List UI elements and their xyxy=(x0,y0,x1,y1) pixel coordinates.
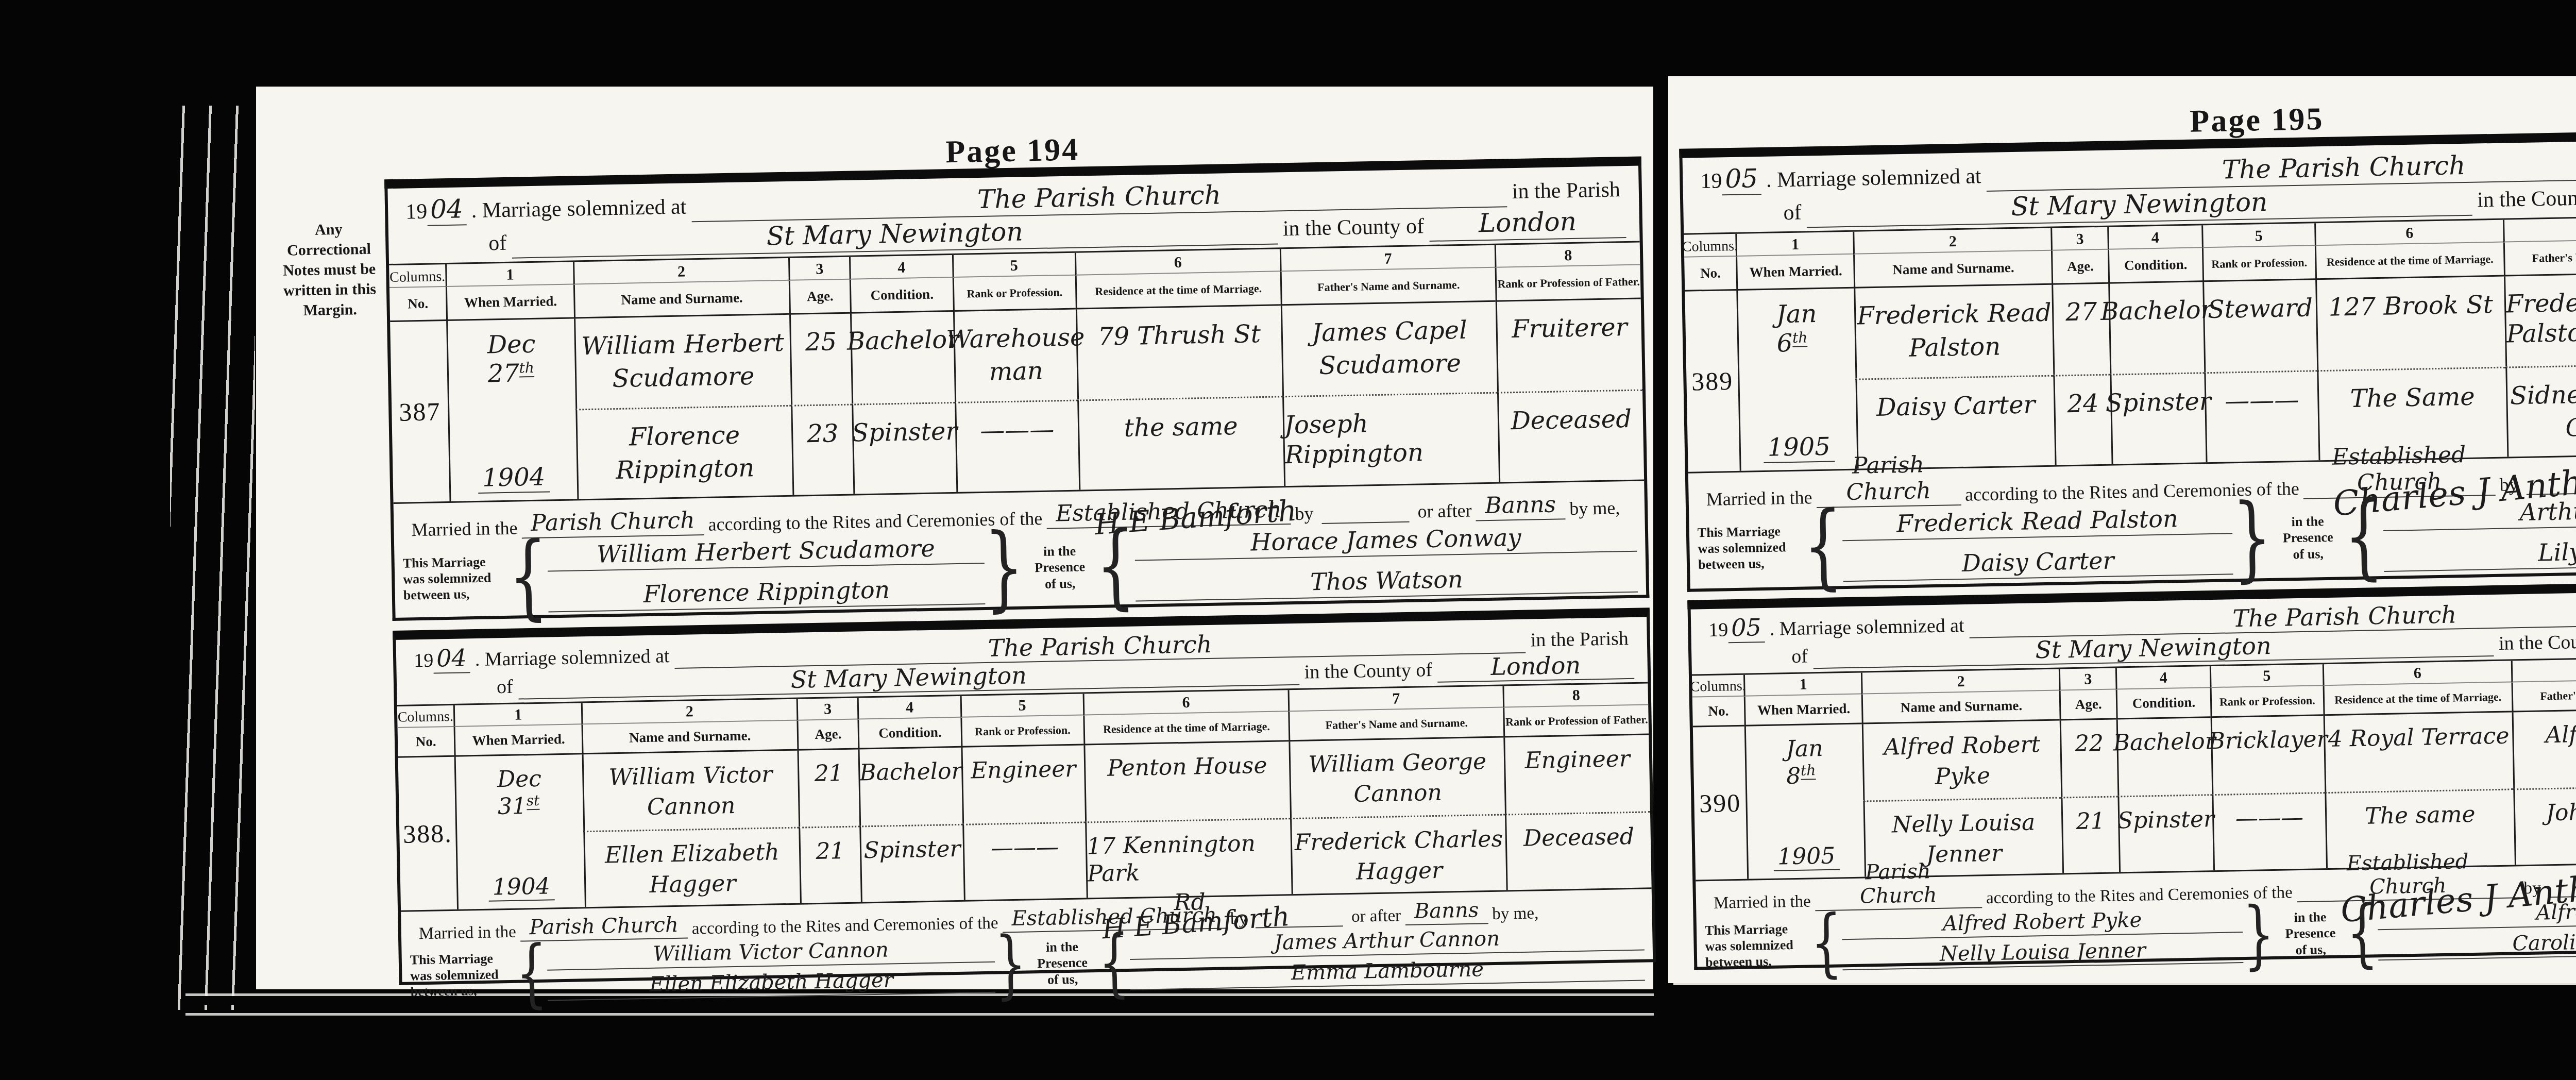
col-when-married: When Married. xyxy=(454,724,582,757)
col-father: Father's Name and Surname. xyxy=(2503,239,2576,277)
page-195: Any Correctional Notes must be written i… xyxy=(1668,76,2576,983)
col-num-7: 7 xyxy=(1280,245,1495,272)
col-father: Father's Name and Surname. xyxy=(1288,708,1504,742)
year-printed: 19 xyxy=(405,200,428,224)
page-label: Page 195 xyxy=(2102,99,2412,142)
bride-rank-line1: ——— xyxy=(991,834,1059,862)
groom-name: William VictorCannon xyxy=(582,751,798,831)
witness-signature-2: Thos Watson xyxy=(1136,562,1638,602)
groom-father-line1: James Capel xyxy=(1312,316,1468,348)
this-marriage-line2: was solemnized xyxy=(1705,937,1811,955)
this-marriage-line1: This Marriage xyxy=(402,553,509,571)
col-name-surname: Name and Surname. xyxy=(581,721,797,755)
col-num-6: 6 xyxy=(2314,220,2503,246)
book-page-edges-left xyxy=(170,106,255,1010)
groom-name-line1: Frederick Read xyxy=(1857,298,2052,331)
bride-father-line1: Sidney Thomas xyxy=(2510,378,2576,411)
presence-line1: in the xyxy=(2272,513,2344,531)
married-in-label: Married in the xyxy=(419,923,516,943)
groom-residence-line1: 127 Brook St xyxy=(2328,290,2493,323)
this-marriage-line2: was solemnized xyxy=(410,966,516,984)
date-day: 27 xyxy=(487,359,519,388)
groom-age: 22 xyxy=(2060,720,2117,797)
solemnized-label: . Marriage solemnized at xyxy=(471,191,687,226)
col-num-7: 7 xyxy=(2511,657,2576,682)
married-in-label: Married in the xyxy=(411,517,518,541)
bride-rank: ——— xyxy=(955,400,1079,492)
col-num-6: 6 xyxy=(1082,690,1288,715)
groom-age: 25 xyxy=(789,314,852,405)
county-of-label: in the County of xyxy=(2477,182,2576,215)
no-label: No. xyxy=(389,287,446,322)
page-194: Any Correctional Notes must be written i… xyxy=(256,87,1653,989)
year-field: 1904 xyxy=(414,645,470,673)
no-label: No. xyxy=(1692,697,1745,728)
col-age: Age. xyxy=(788,280,850,315)
groom-name-line2: Cannon xyxy=(647,792,735,821)
solemnized-label: . Marriage solemnized at xyxy=(474,643,670,672)
bride-condition: Spinster xyxy=(852,402,956,494)
col-num-1: 1 xyxy=(1743,673,1861,697)
col-father-rank: Rank or Profession of Father. xyxy=(1495,265,1641,302)
date-cell: Jan6th 1905 xyxy=(1737,289,1857,471)
groom-father: Frederick Palston xyxy=(2504,273,2576,367)
this-marriage-line3: between us, xyxy=(411,982,517,1000)
date-day: 31 xyxy=(498,793,527,820)
bride-residence: 17 Kennington ParkRd xyxy=(1085,818,1292,898)
groom-father-line2: Cannon xyxy=(1353,780,1442,808)
bride-name-line1: Daisy Carter xyxy=(1876,390,2036,423)
bride-name: FlorenceRippington xyxy=(575,405,792,499)
by-me-label: by me, xyxy=(1569,497,1620,519)
year-printed: 19 xyxy=(414,650,434,672)
groom-rank: Bricklayer xyxy=(2210,716,2325,794)
brace-open-icon: { xyxy=(1803,500,1844,593)
col-num-1: 1 xyxy=(445,262,573,287)
groom-father-line2: Scudamore xyxy=(1319,349,1462,381)
col-condition: Condition. xyxy=(2115,688,2210,719)
couple-signatures: Alfred Robert Pyke Nelly Louisa Jenner xyxy=(1842,906,2244,970)
groom-name: William HerbertScudamore xyxy=(574,315,791,409)
date-suffix: st xyxy=(526,792,539,810)
bride-rank: ——— xyxy=(962,821,1087,900)
brace-open-icon: { xyxy=(2346,895,2379,970)
groom-condition: Bachelor xyxy=(858,748,962,826)
brace-close-icon: } xyxy=(994,927,1027,1002)
col-num-2: 2 xyxy=(1861,669,2059,695)
groom-rank-line1: Warehouse xyxy=(946,323,1085,355)
year-hand: 05 xyxy=(1722,163,1761,195)
this-marriage-line2: was solemnized xyxy=(1698,539,1804,557)
date-month: Dec xyxy=(497,766,542,793)
bride-father: Sidney ThomasCarter xyxy=(2505,363,2576,457)
date-year: 1904 xyxy=(488,873,554,901)
register-table: Columns. 1 2 3 4 5 6 7 8 No. When Marrie… xyxy=(1684,212,2576,474)
groom-condition: Bachelor xyxy=(2116,718,2212,796)
bride-father-rank: Deceased xyxy=(1505,811,1651,890)
col-residence: Residence at the time of Marriage. xyxy=(1075,272,1280,309)
register-table: Columns. 1 2 3 4 5 6 7 8 No. When Marrie… xyxy=(1692,653,2576,882)
groom-name-line1: William Herbert xyxy=(581,328,785,362)
groom-rank-line2: man xyxy=(989,356,1043,387)
groom-name: Frederick ReadPalston xyxy=(1854,285,2054,379)
col-num-5: 5 xyxy=(2210,664,2323,688)
bride-father: John Jenner xyxy=(2513,785,2576,865)
date-month: Dec xyxy=(487,330,536,360)
col-num-4: 4 xyxy=(2107,225,2202,249)
bride-age: 21 xyxy=(2061,796,2119,873)
county-of-label: in the County of xyxy=(1304,657,1432,685)
columns-label: Columns. xyxy=(1692,675,1744,698)
register-entry-387: 1904 . Marriage solemnized at The Parish… xyxy=(384,156,1649,621)
col-condition: Condition. xyxy=(2108,248,2202,283)
bride-signature: Daisy Carter xyxy=(1843,544,2233,582)
or-after-label: or after xyxy=(1351,906,1401,926)
presence-line3: of us, xyxy=(1024,575,1097,593)
col-when-married: When Married. xyxy=(1736,255,1854,291)
col-rank: Rank or Profession. xyxy=(2202,246,2315,282)
brace-open-icon: { xyxy=(2343,490,2384,583)
bride-residence-line1: the same xyxy=(1124,412,1238,444)
col-rank: Rank or Profession. xyxy=(960,715,1083,747)
col-rank: Rank or Profession. xyxy=(2210,686,2323,718)
columns-label: Columns. xyxy=(1684,234,1736,258)
date-suffix: th xyxy=(519,359,534,378)
groom-rank: Engineer xyxy=(961,745,1085,823)
presence-line2: Presence xyxy=(1026,954,1099,972)
couple-signatures: William Victor Cannon Ellen Elizabeth Ha… xyxy=(547,936,995,1001)
groom-rank-line1: Bricklayer xyxy=(2208,726,2328,755)
in-the-parish-label: in the Parish xyxy=(1512,174,1620,207)
groom-rank-line1: Steward xyxy=(2207,293,2313,325)
this-marriage-line2: was solemnized xyxy=(403,569,509,587)
col-num-7: 7 xyxy=(2503,216,2576,243)
col-rank: Rank or Profession. xyxy=(952,276,1075,312)
year-hand: 05 xyxy=(1728,613,1765,643)
col-residence: Residence at the time of Marriage. xyxy=(2323,682,2512,716)
register-entry-388: 1904 . Marriage solemnized at The Parish… xyxy=(393,607,1656,985)
brace-close-icon: } xyxy=(2232,492,2273,585)
col-when-married: When Married. xyxy=(1744,695,1862,727)
presence-line2: Presence xyxy=(1024,559,1096,576)
this-marriage-label: This Marriagewas solemnizedbetween us, xyxy=(1705,914,1811,973)
col-age: Age. xyxy=(796,720,858,751)
this-marriage-line1: This Marriage xyxy=(410,950,516,968)
county-of-label: in the County of xyxy=(2499,628,2576,656)
bride-father-rank: Deceased xyxy=(1497,389,1644,482)
col-num-4: 4 xyxy=(849,255,952,280)
bride-rank-line1: ——— xyxy=(980,415,1055,446)
col-num-8: 8 xyxy=(1495,243,1640,268)
date-year: 1904 xyxy=(478,462,550,494)
col-condition: Condition. xyxy=(858,718,961,750)
col-num-3: 3 xyxy=(2059,668,2115,691)
no-label: No. xyxy=(1684,257,1737,292)
presence-label: in thePresenceof us, xyxy=(2274,909,2347,958)
register-table: Columns. 1 2 3 4 5 6 7 8 No. When Marrie… xyxy=(389,241,1644,504)
couple-signatures: William Herbert Scudamore Florence Rippi… xyxy=(547,533,985,613)
bride-rank: ——— xyxy=(2204,370,2318,462)
date-month: Jan xyxy=(1786,735,1823,762)
bride-name-line1: Florence xyxy=(629,421,740,453)
this-marriage-line3: between us, xyxy=(1705,953,1811,971)
presence-label: in thePresenceof us, xyxy=(1026,938,1099,988)
witness-signature-2: Emma Lambourne xyxy=(1130,955,1645,990)
of-label: of xyxy=(1783,197,1802,229)
solemnized-label: . Marriage solemnized at xyxy=(1769,613,1964,642)
bride-age: 24 xyxy=(2054,374,2112,465)
col-num-2: 2 xyxy=(573,258,788,285)
page-194-content: Any Correctional Notes must be written i… xyxy=(248,74,1662,1002)
year-hand: 04 xyxy=(427,194,467,226)
no-label: No. xyxy=(398,727,454,758)
col-num-2: 2 xyxy=(1853,228,2051,255)
col-num-8: 8 xyxy=(1503,683,1648,707)
year-field: 1905 xyxy=(1708,614,1765,643)
married-in-label: Married in the xyxy=(1706,486,1812,510)
of-label: of xyxy=(1791,643,1808,669)
register-entry-389: 1905 . Marriage solemnized at The Parish… xyxy=(1679,128,2576,592)
year-field: 1904 xyxy=(405,193,467,227)
register-entry-390: 1905 . Marriage solemnized at The Parish… xyxy=(1687,579,2576,970)
bride-father-line1: Frederick Charles xyxy=(1294,826,1503,857)
married-in-field: Parish Church xyxy=(521,507,704,538)
entry-number: 387 xyxy=(390,321,450,502)
brace-close-icon: } xyxy=(984,522,1025,615)
col-residence: Residence at the time of Marriage. xyxy=(2315,243,2504,280)
date-day: 6 xyxy=(1776,329,1793,358)
year-printed: 19 xyxy=(1708,619,1728,641)
col-residence: Residence at the time of Marriage. xyxy=(1083,712,1289,745)
groom-rank: Steward xyxy=(2202,280,2317,372)
groom-father: James CapelScudamore xyxy=(1281,302,1498,396)
col-num-1: 1 xyxy=(1736,232,1854,257)
col-num-5: 5 xyxy=(2201,223,2315,248)
presence-label: in thePresenceof us, xyxy=(1023,543,1096,592)
col-num-4: 4 xyxy=(857,696,960,720)
groom-age: 21 xyxy=(797,749,860,826)
by-blank xyxy=(1321,501,1410,524)
this-marriage-label: This Marriagewas solemnizedbetween us, xyxy=(402,542,509,615)
col-name-surname: Name and Surname. xyxy=(1853,251,2052,289)
brace-open-icon: { xyxy=(1810,905,1843,980)
this-marriage-line1: This Marriage xyxy=(1698,523,1804,541)
col-num-3: 3 xyxy=(788,257,850,281)
bride-residence: the same xyxy=(1077,396,1284,490)
col-num-3: 3 xyxy=(2050,227,2107,251)
by-label: by xyxy=(1295,502,1314,525)
date-cell: Dec27th 1904 xyxy=(446,318,577,501)
of-label: of xyxy=(488,228,507,259)
groom-father-line1: William George xyxy=(1308,748,1487,779)
married-in-label: Married in the xyxy=(1714,892,1811,913)
col-age: Age. xyxy=(2059,690,2116,721)
brace-open-icon: { xyxy=(1095,520,1137,613)
bride-age: 23 xyxy=(791,404,854,495)
year-printed: 19 xyxy=(1700,169,1722,193)
col-father: Father's Name and Surname. xyxy=(1280,268,1496,306)
columns-label: Columns. xyxy=(397,705,454,728)
bride-father: Joseph Rippington xyxy=(1282,392,1499,486)
register-scan: Any Correctional Notes must be written i… xyxy=(0,0,2576,1080)
groom-rank: Warehouseman xyxy=(953,310,1077,402)
presence-line1: in the xyxy=(2274,909,2347,926)
date-month-day: Dec27th xyxy=(487,330,536,389)
date-day: 8 xyxy=(1786,763,1801,789)
presence-line2: Presence xyxy=(2272,529,2344,547)
col-num-4: 4 xyxy=(2115,666,2210,689)
banns-field: Banns xyxy=(1405,898,1488,925)
witness-signature-2: Lily Palston xyxy=(2383,533,2576,572)
couple-signatures: Frederick Read Palston Daisy Carter xyxy=(1842,503,2233,582)
groom-father: William GeorgeCannon xyxy=(1289,738,1505,818)
register-table: Columns. 1 2 3 4 5 6 7 8 No. When Marrie… xyxy=(397,682,1652,912)
bride-condition: Spinster xyxy=(2117,794,2213,872)
page-195-content: Any Correctional Notes must be written i… xyxy=(1660,64,2576,995)
this-marriage-line3: between us, xyxy=(1698,555,1804,573)
groom-condition: Bachelor xyxy=(2108,282,2204,374)
entry-number: 388. xyxy=(398,757,457,910)
block-header: 1905 . Marriage solemnized at The Parish… xyxy=(1683,137,2576,230)
date-suffix: th xyxy=(1801,762,1816,780)
groom-residence-line1: 4 Royal Terrace xyxy=(2328,723,2510,753)
this-marriage-line1: This Marriage xyxy=(1705,920,1811,938)
date-month-day: Jan6th xyxy=(1776,299,1818,358)
bride-father: Frederick CharlesHagger xyxy=(1290,814,1506,895)
groom-name: Alfred RobertPyke xyxy=(1862,721,2061,801)
groom-signature: William Herbert Scudamore xyxy=(547,533,984,572)
bride-age: 21 xyxy=(799,825,861,903)
groom-name-line1: Alfred Robert xyxy=(1884,731,2041,761)
presence-line1: in the xyxy=(1023,543,1096,560)
groom-signature: Alfred Robert Pyke xyxy=(1842,906,2243,940)
block-header: 1905 . Marriage solemnized at The Parish… xyxy=(1691,588,2576,671)
col-name-surname: Name and Surname. xyxy=(573,281,789,319)
groom-condition: Bachelor xyxy=(850,312,954,404)
margin-note: Any Correctional Notes must be written i… xyxy=(274,218,385,321)
bride-residence-line1: The Same xyxy=(2350,382,2475,414)
groom-residence-line1: 79 Thrush St xyxy=(1097,319,1261,352)
groom-rank-line1: Engineer xyxy=(971,756,1076,785)
groom-name-line2: Scudamore xyxy=(612,362,755,394)
groom-father: Alfred Pyke xyxy=(2512,708,2576,788)
groom-residence: 4 Royal Terrace xyxy=(2323,712,2513,792)
columns-label: Columns. xyxy=(389,264,446,288)
bride-rank-line1: ——— xyxy=(2235,804,2303,833)
col-num-5: 5 xyxy=(960,694,1083,718)
groom-residence: 79 Thrush St xyxy=(1075,306,1282,399)
groom-father-line1: Alfred Pyke xyxy=(2545,720,2576,750)
groom-name-line1: William Victor xyxy=(608,762,773,792)
col-when-married: When Married. xyxy=(446,284,574,321)
county-field: London xyxy=(1437,651,1634,683)
or-after-label: or after xyxy=(1417,500,1472,522)
bride-name-line2: Rippington xyxy=(616,453,755,486)
col-name-surname: Name and Surname. xyxy=(1861,691,2060,724)
groom-father-rank: Engineer xyxy=(1504,735,1650,814)
col-num-3: 3 xyxy=(796,698,858,721)
witness-signature-2: Caroline Ada Pyke xyxy=(2378,926,2576,960)
bride-rank-line1: ——— xyxy=(2225,385,2299,416)
presence-line3: of us, xyxy=(1026,971,1099,988)
bride-signature: Florence Rippington xyxy=(548,574,985,613)
col-num-6: 6 xyxy=(2322,661,2511,686)
bride-father-line1: Joseph Rippington xyxy=(1284,407,1499,470)
presence-line2: Presence xyxy=(2274,925,2347,942)
groom-father-line1: Frederick Palston xyxy=(2505,286,2576,349)
date-month: Jan xyxy=(1776,299,1817,329)
banns-field: Banns xyxy=(1476,491,1566,521)
groom-name-line2: Palston xyxy=(1909,332,2001,363)
col-num-1: 1 xyxy=(453,703,581,727)
date-suffix: th xyxy=(1792,329,1808,347)
date-cell: Dec31st 1904 xyxy=(454,754,585,909)
this-marriage-line3: between us, xyxy=(403,585,510,603)
col-father: Father's Name and Surname. xyxy=(2511,679,2576,712)
bride-signature: Nelly Louisa Jenner xyxy=(1842,937,2244,970)
col-num-5: 5 xyxy=(952,253,1075,278)
brace-close-icon: } xyxy=(2242,897,2275,972)
presence-label: in thePresenceof us, xyxy=(2272,513,2345,563)
solemnized-label: . Marriage solemnized at xyxy=(1766,161,1981,196)
groom-residence: Penton House xyxy=(1083,741,1290,821)
groom-signature: William Victor Cannon xyxy=(547,936,995,971)
presence-line1: in the xyxy=(1026,938,1098,956)
col-father-rank: Rank or Profession of Father. xyxy=(1503,705,1649,737)
presence-line3: of us, xyxy=(2275,941,2347,958)
date-month-day: Dec31st xyxy=(497,766,543,820)
bride-father-line2: Hagger xyxy=(1356,857,1443,886)
bride-residence-line1: 17 Kennington Park xyxy=(1087,830,1291,888)
of-label: of xyxy=(497,674,514,700)
year-field: 1905 xyxy=(1700,163,1761,197)
by-me-label: by me, xyxy=(1492,904,1538,924)
presence-line3: of us, xyxy=(2272,545,2345,563)
groom-residence-line1: Penton House xyxy=(1107,752,1267,782)
date-cell: Jan8th 1905 xyxy=(1744,724,1865,879)
bride-father-line2: Carter xyxy=(2565,412,2576,443)
bride-residence-line1: The same xyxy=(2365,801,2476,831)
bride-condition: Spinster xyxy=(860,824,964,902)
year-hand: 04 xyxy=(433,644,470,673)
in-the-parish-label: in the Parish xyxy=(1530,626,1629,653)
county-field: London xyxy=(1429,205,1626,242)
bride-condition: Spinster xyxy=(2110,372,2206,464)
bride-name-line1: Nelly Louisa xyxy=(1891,809,2035,839)
groom-residence: 127 Brook St xyxy=(2315,277,2505,370)
bride-name: Ellen ElizabethHagger xyxy=(583,827,800,907)
brace-open-icon: { xyxy=(515,936,548,1010)
this-marriage-label: This Marriagewas solemnizedbetween us, xyxy=(1697,512,1804,585)
brace-open-icon: { xyxy=(1098,925,1131,1000)
bride-name-line1: Ellen Elizabeth xyxy=(605,839,779,869)
county-of-label: in the County of xyxy=(1282,211,1424,244)
col-condition: Condition. xyxy=(850,278,953,314)
date-month-day: Jan8th xyxy=(1786,735,1824,789)
brace-open-icon: { xyxy=(508,530,549,623)
bride-father-line1: John Jenner xyxy=(2546,797,2576,827)
entry-number: 389 xyxy=(1685,291,1740,472)
bride-name-line2: Hagger xyxy=(649,870,736,899)
col-num-6: 6 xyxy=(1074,249,1280,275)
this-marriage-label: This Marriagewas solemnizedbetween us, xyxy=(410,945,516,1004)
entry-number: 390 xyxy=(1693,727,1748,880)
col-age: Age. xyxy=(2051,250,2108,285)
groom-name-line2: Pyke xyxy=(1935,763,1990,791)
groom-signature: Frederick Read Palston xyxy=(1842,503,2233,541)
groom-father-rank: Fruiterer xyxy=(1496,299,1642,392)
